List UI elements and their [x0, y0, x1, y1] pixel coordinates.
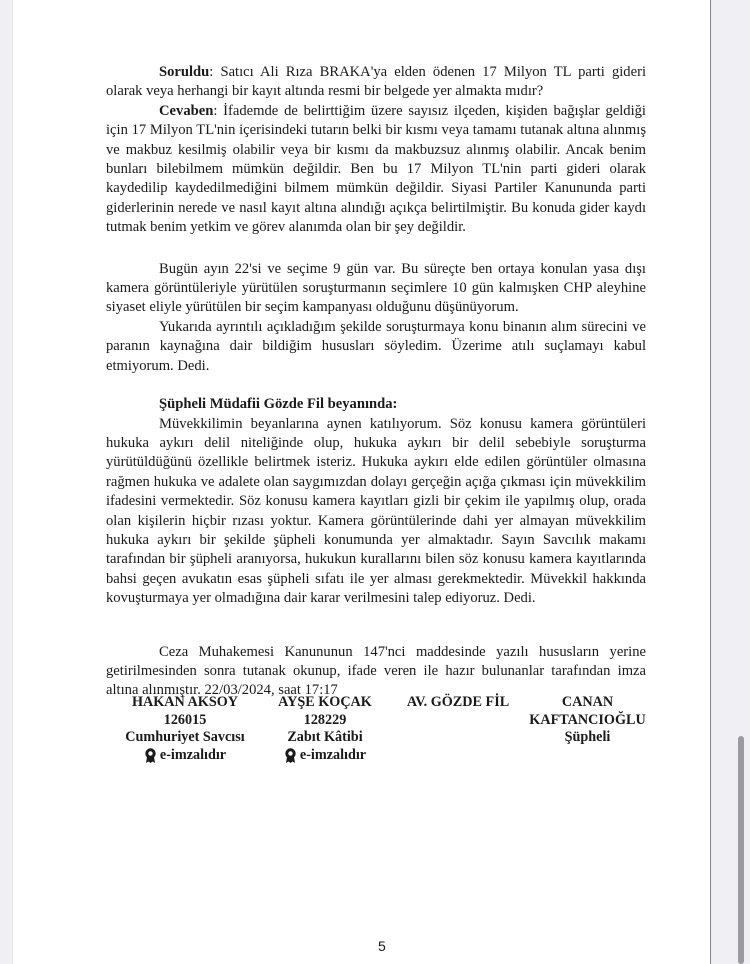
signer-name-line2: KAFTANCIOĞLU: [520, 712, 655, 730]
page-number: 5: [378, 938, 386, 954]
defense-heading: Şüpheli Müdafii Gözde Fil beyanında:: [106, 395, 646, 414]
signer-title: Şüpheli: [520, 729, 655, 747]
defense-paragraph: Müvekkilimin beyanlarına aynen katılıyor…: [106, 415, 646, 609]
signer-name: AYŞE KOÇAK: [265, 694, 385, 712]
signature-clerk: AYŞE KOÇAK 128229 Zabıt Kâtibi e-imzalıd…: [265, 694, 385, 768]
signature-attorney: AV. GÖZDE FİL: [398, 694, 518, 712]
seal-rosette-icon: [284, 748, 297, 763]
signer-name: HAKAN AKSOY: [115, 694, 255, 712]
signer-name-line1: CANAN: [520, 694, 655, 712]
answer-paragraph: Cevaben: İfademde de belirttiğim üzere s…: [106, 102, 646, 238]
signature-prosecutor: HAKAN AKSOY 126015 Cumhuriyet Savcısı e-…: [115, 694, 255, 768]
scrollbar-thumb[interactable]: [738, 736, 744, 964]
signer-title: Cumhuriyet Savcısı: [115, 729, 255, 747]
answer-text: : İfademde de belirttiğim üzere sayısız …: [106, 103, 646, 235]
signer-number: 126015: [115, 712, 255, 730]
election-paragraph: Bugün ayın 22'si ve seçime 9 gün var. Bu…: [106, 260, 646, 318]
esign-badge: e-imzalıdır: [284, 747, 366, 765]
esign-badge: e-imzalıdır: [144, 747, 226, 765]
signature-suspect: CANAN KAFTANCIOĞLU Şüpheli: [520, 694, 655, 747]
conclusion-paragraph: Yukarıda ayrıntılı açıkladığım şekilde s…: [106, 318, 646, 376]
answer-label: Cevaben: [159, 103, 213, 119]
document-body: Soruldu: Satıcı Ali Rıza BRAKA'ya elden …: [106, 63, 646, 701]
closing-paragraph: Ceza Muhakemesi Kanununun 147'nci maddes…: [106, 643, 646, 701]
esign-text: e-imzalıdır: [300, 747, 366, 765]
signer-name: AV. GÖZDE FİL: [398, 694, 518, 712]
signer-number: 128229: [265, 712, 385, 730]
question-label: Soruldu: [159, 64, 209, 80]
seal-rosette-icon: [144, 748, 157, 763]
signature-block: HAKAN AKSOY 126015 Cumhuriyet Savcısı e-…: [115, 694, 655, 774]
document-viewer: Soruldu: Satıcı Ali Rıza BRAKA'ya elden …: [0, 0, 750, 964]
question-paragraph: Soruldu: Satıcı Ali Rıza BRAKA'ya elden …: [106, 63, 646, 102]
signer-title: Zabıt Kâtibi: [265, 729, 385, 747]
esign-text: e-imzalıdır: [160, 747, 226, 765]
